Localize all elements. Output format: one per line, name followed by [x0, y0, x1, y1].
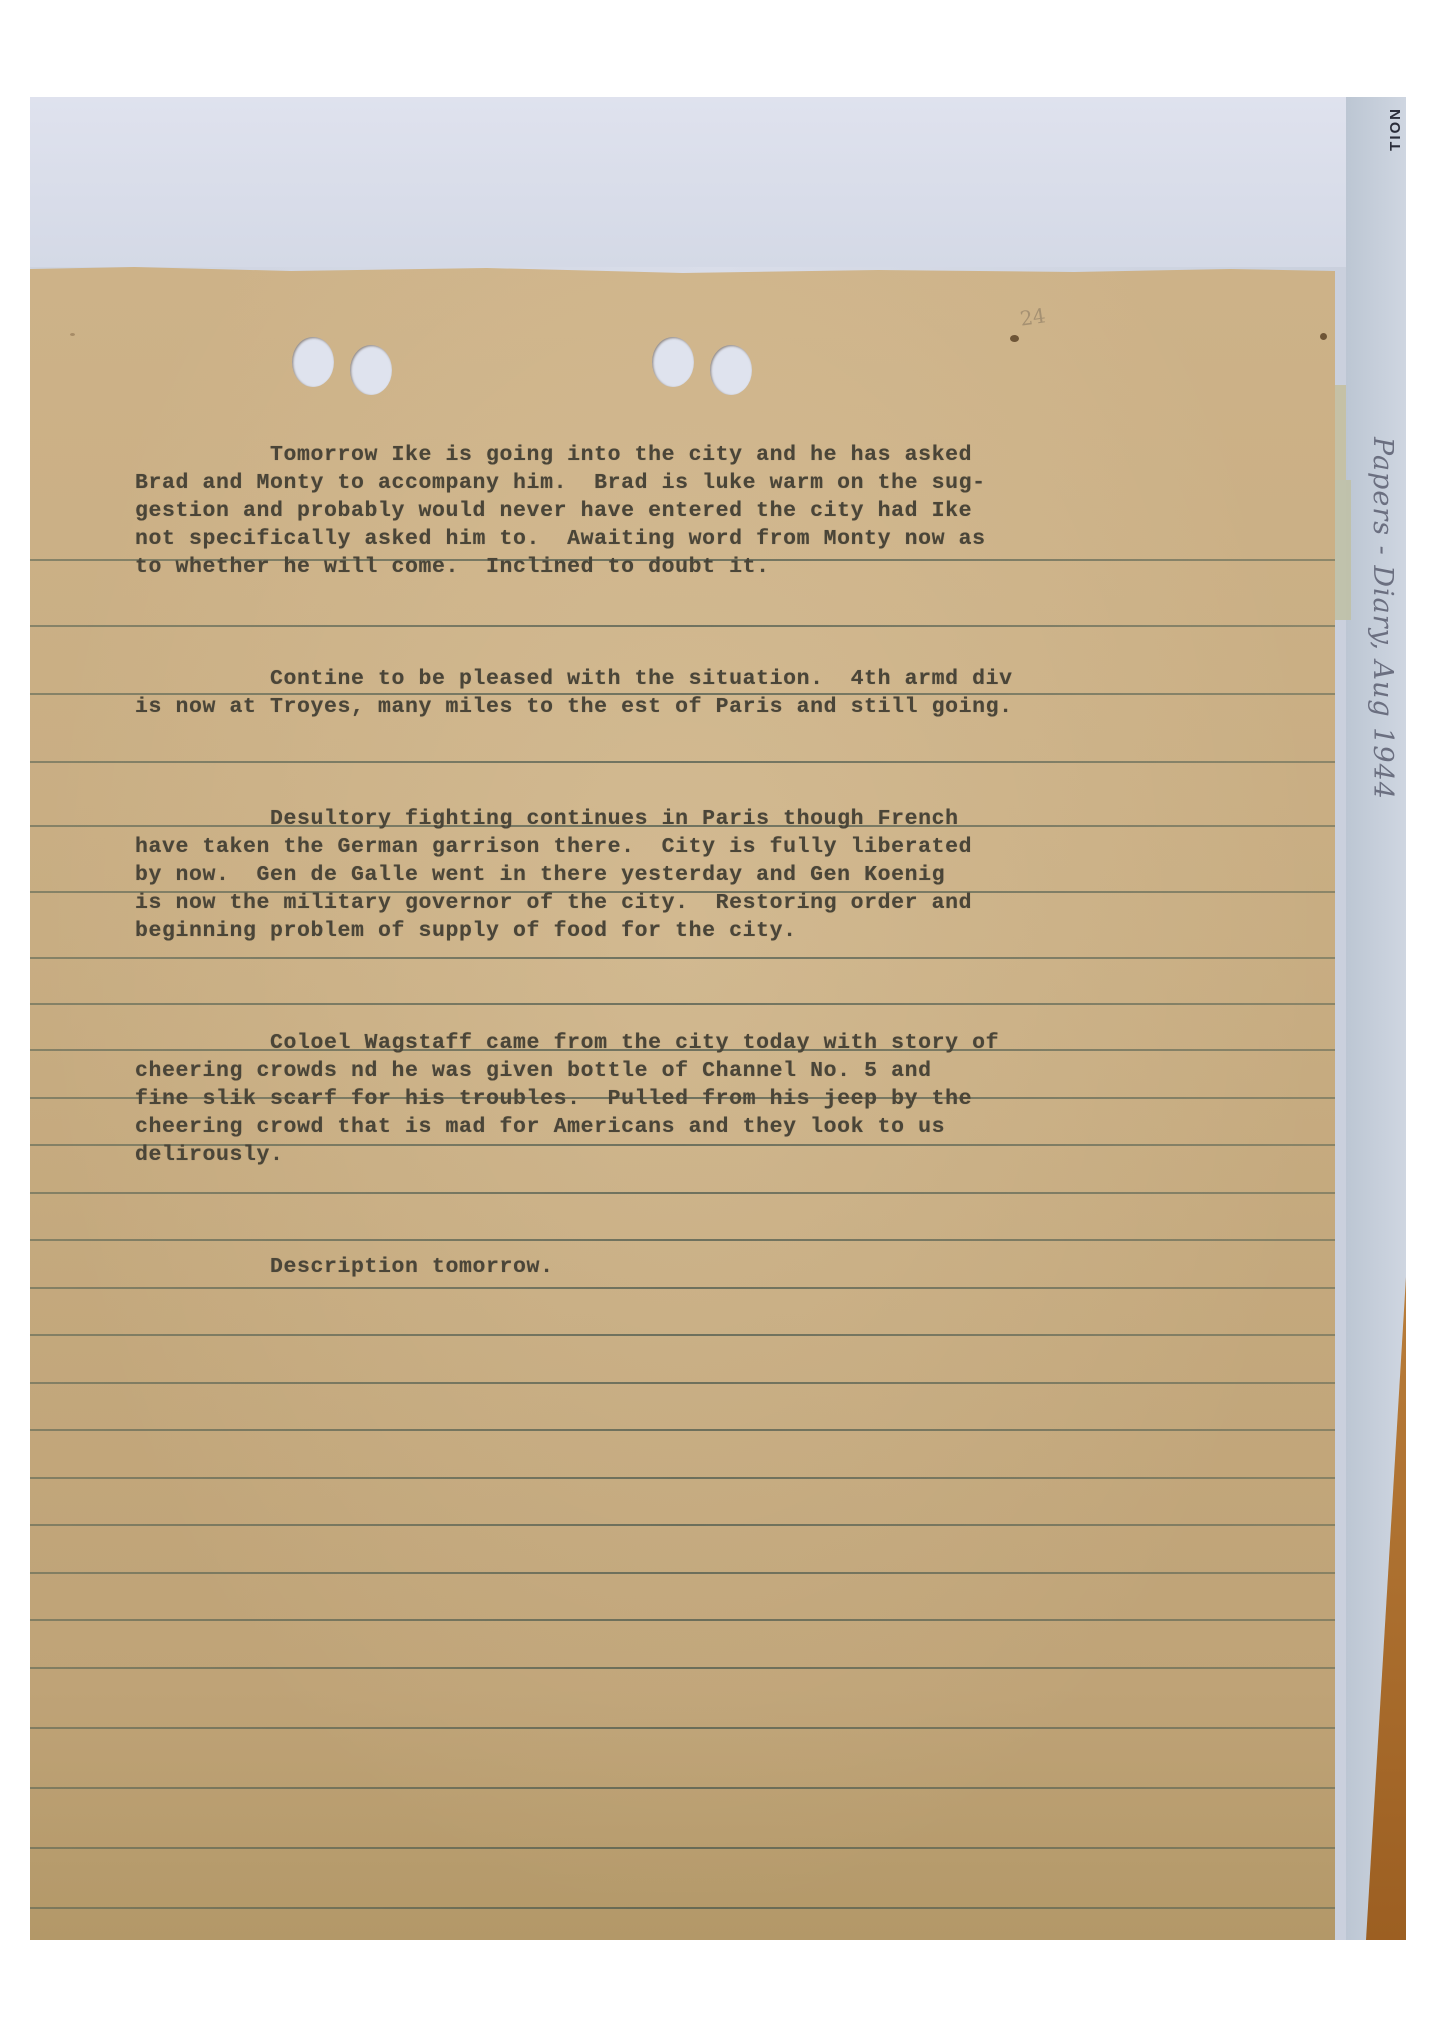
- document-photo: TION Papers - Diary, Aug 1944 24: [30, 97, 1406, 1940]
- text-line: not specifically asked him to. Awaiting …: [135, 525, 1275, 553]
- text-line: is now the military governor of the city…: [135, 889, 1275, 917]
- ink-stain: [1010, 335, 1019, 342]
- text-line: Brad and Monty to accompany him. Brad is…: [135, 469, 1275, 497]
- ruled-line: [30, 1524, 1335, 1526]
- text-line: by now. Gen de Galle went in there yeste…: [135, 861, 1275, 889]
- paragraph-description: Description tomorrow.: [135, 1253, 1275, 1281]
- ruled-line: [30, 1477, 1335, 1479]
- text-line: Coloel Wagstaff came from the city today…: [135, 1029, 1275, 1057]
- ink-stain: [1320, 333, 1327, 340]
- diary-page: 24 Tomorrow Ike is going in: [30, 267, 1335, 1940]
- folder-backing: [30, 97, 1406, 267]
- pencil-page-number: 24: [1018, 303, 1047, 330]
- punch-hole: [652, 337, 694, 387]
- text-line: is now at Troyes, many miles to the est …: [135, 693, 1275, 721]
- margin-handwritten-note: Papers - Diary, Aug 1944: [1367, 437, 1398, 800]
- ruled-line: [30, 1667, 1335, 1669]
- ruled-line: [30, 1572, 1335, 1574]
- text-line: Contine to be pleased with the situation…: [135, 665, 1275, 693]
- typewritten-text: Tomorrow Ike is going into the city and …: [135, 385, 1275, 1337]
- paragraph-wagstaff: Coloel Wagstaff came from the city today…: [135, 1029, 1275, 1169]
- paragraph-paris-fighting: Desultory fighting continues in Paris th…: [135, 805, 1275, 945]
- ruled-line: [30, 1907, 1335, 1909]
- ink-speck: [70, 333, 75, 336]
- spine-label: TION: [1387, 107, 1404, 151]
- text-line: Description tomorrow.: [135, 1253, 1275, 1281]
- ruled-line: [30, 1429, 1335, 1431]
- ruled-line: [30, 1727, 1335, 1729]
- text-line: cheering crowds nd he was given bottle o…: [135, 1057, 1275, 1085]
- text-line: gestion and probably would never have en…: [135, 497, 1275, 525]
- text-line: delirously.: [135, 1141, 1275, 1169]
- paragraph-situation: Contine to be pleased with the situation…: [135, 665, 1275, 721]
- text-line: fine slik scarf for his troubles. Pulled…: [135, 1085, 1275, 1113]
- text-line: to whether he will come. Inclined to dou…: [135, 553, 1275, 581]
- punch-hole: [292, 337, 334, 387]
- ruled-line: [30, 1847, 1335, 1849]
- ruled-line: [30, 1619, 1335, 1621]
- text-line: have taken the German garrison there. Ci…: [135, 833, 1275, 861]
- text-line: beginning problem of supply of food for …: [135, 917, 1275, 945]
- ruled-line: [30, 1787, 1335, 1789]
- text-line: Tomorrow Ike is going into the city and …: [135, 441, 1275, 469]
- text-line: Desultory fighting continues in Paris th…: [135, 805, 1275, 833]
- ruled-line: [30, 1382, 1335, 1384]
- paragraph-ike-visit: Tomorrow Ike is going into the city and …: [135, 441, 1275, 581]
- text-line: cheering crowd that is mad for Americans…: [135, 1113, 1275, 1141]
